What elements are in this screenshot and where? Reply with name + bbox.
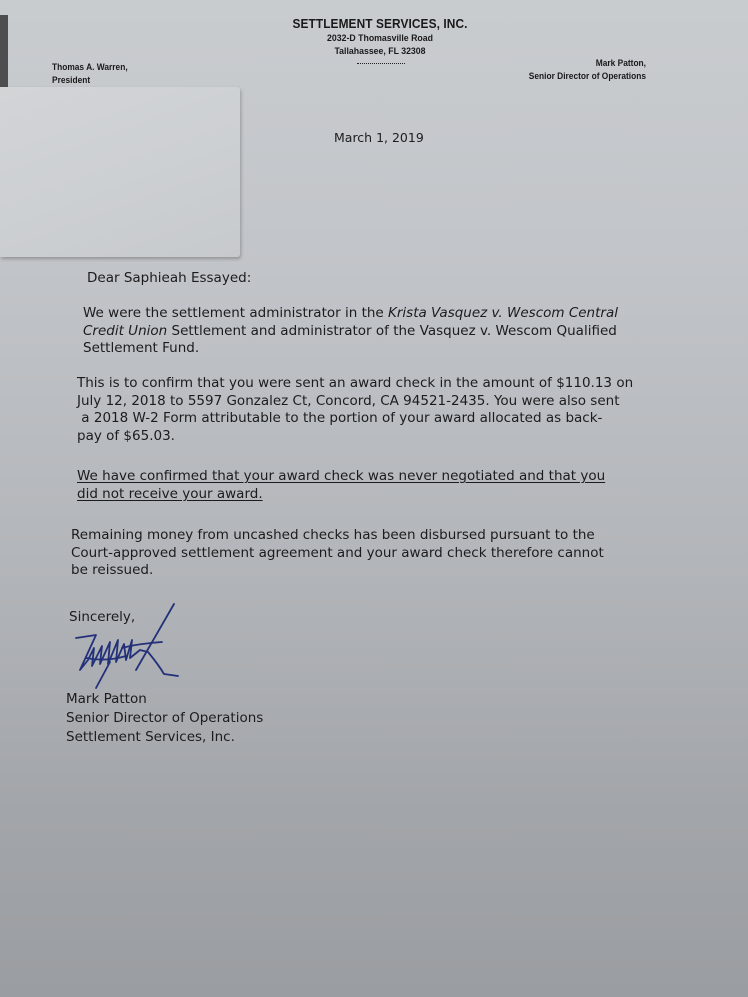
paragraph-line: a 2018 W-2 Form attributable to the port…: [77, 410, 717, 428]
paragraph-confirmation-underlined: We have confirmed that your award check …: [77, 468, 717, 503]
officer-right-title: Senior Director of Operations: [514, 70, 646, 83]
officer-right-name: Mark Patton,: [514, 57, 646, 70]
signer-company: Settlement Services, Inc.: [66, 728, 263, 747]
paragraph-line: July 12, 2018 to 5597 Gonzalez Ct, Conco…: [77, 393, 717, 411]
paragraph-line: Settlement Fund.: [83, 340, 723, 358]
letter-date: March 1, 2019: [334, 130, 424, 145]
signer-name: Mark Patton: [66, 690, 263, 709]
case-name-italic: Krista Vasquez v. Wescom Central: [388, 305, 618, 321]
paragraph-line: This is to confirm that you were sent an…: [77, 375, 717, 393]
officer-right: Mark Patton, Senior Director of Operatio…: [514, 57, 646, 83]
paragraph-line: be reissued.: [71, 562, 711, 580]
case-name-italic: Credit Union: [83, 323, 167, 339]
paragraph-line: Credit Union Settlement and administrato…: [83, 323, 723, 341]
letterhead-divider: [357, 63, 405, 64]
paragraph-line: Remaining money from uncashed checks has…: [71, 527, 711, 545]
signer-title: Senior Director of Operations: [66, 709, 263, 728]
redacted-address-patch: [0, 87, 240, 257]
officer-left: Thomas A. Warren, President: [52, 61, 128, 87]
handwritten-signature: [66, 600, 206, 690]
company-address-street: 2032-D Thomasville Road: [288, 33, 472, 44]
officer-left-title: President: [52, 74, 128, 87]
company-address-city: Tallahassee, FL 32308: [288, 46, 472, 57]
letter-page: SETTLEMENT SERVICES, INC. 2032-D Thomasv…: [0, 0, 748, 997]
paragraph-line: We were the settlement administrator in …: [83, 305, 723, 323]
paragraph-administrator: We were the settlement administrator in …: [83, 305, 723, 358]
paragraph-award-check: This is to confirm that you were sent an…: [77, 375, 717, 445]
paragraph-line: Court-approved settlement agreement and …: [71, 545, 711, 563]
paragraph-disbursement: Remaining money from uncashed checks has…: [71, 527, 711, 580]
officer-left-name: Thomas A. Warren,: [52, 61, 128, 74]
paragraph-line: pay of $65.03.: [77, 428, 717, 446]
signer-block: Mark Patton Senior Director of Operation…: [66, 690, 263, 747]
page-edge-shadow: [0, 15, 8, 93]
paragraph-line: did not receive your award.: [77, 486, 717, 504]
salutation: Dear Saphieah Essayed:: [87, 270, 251, 286]
text-run: Settlement and administrator of the Vasq…: [167, 323, 617, 339]
company-name: SETTLEMENT SERVICES, INC.: [285, 17, 475, 31]
text-run: We were the settlement administrator in …: [83, 305, 388, 321]
paragraph-line: We have confirmed that your award check …: [77, 468, 717, 486]
